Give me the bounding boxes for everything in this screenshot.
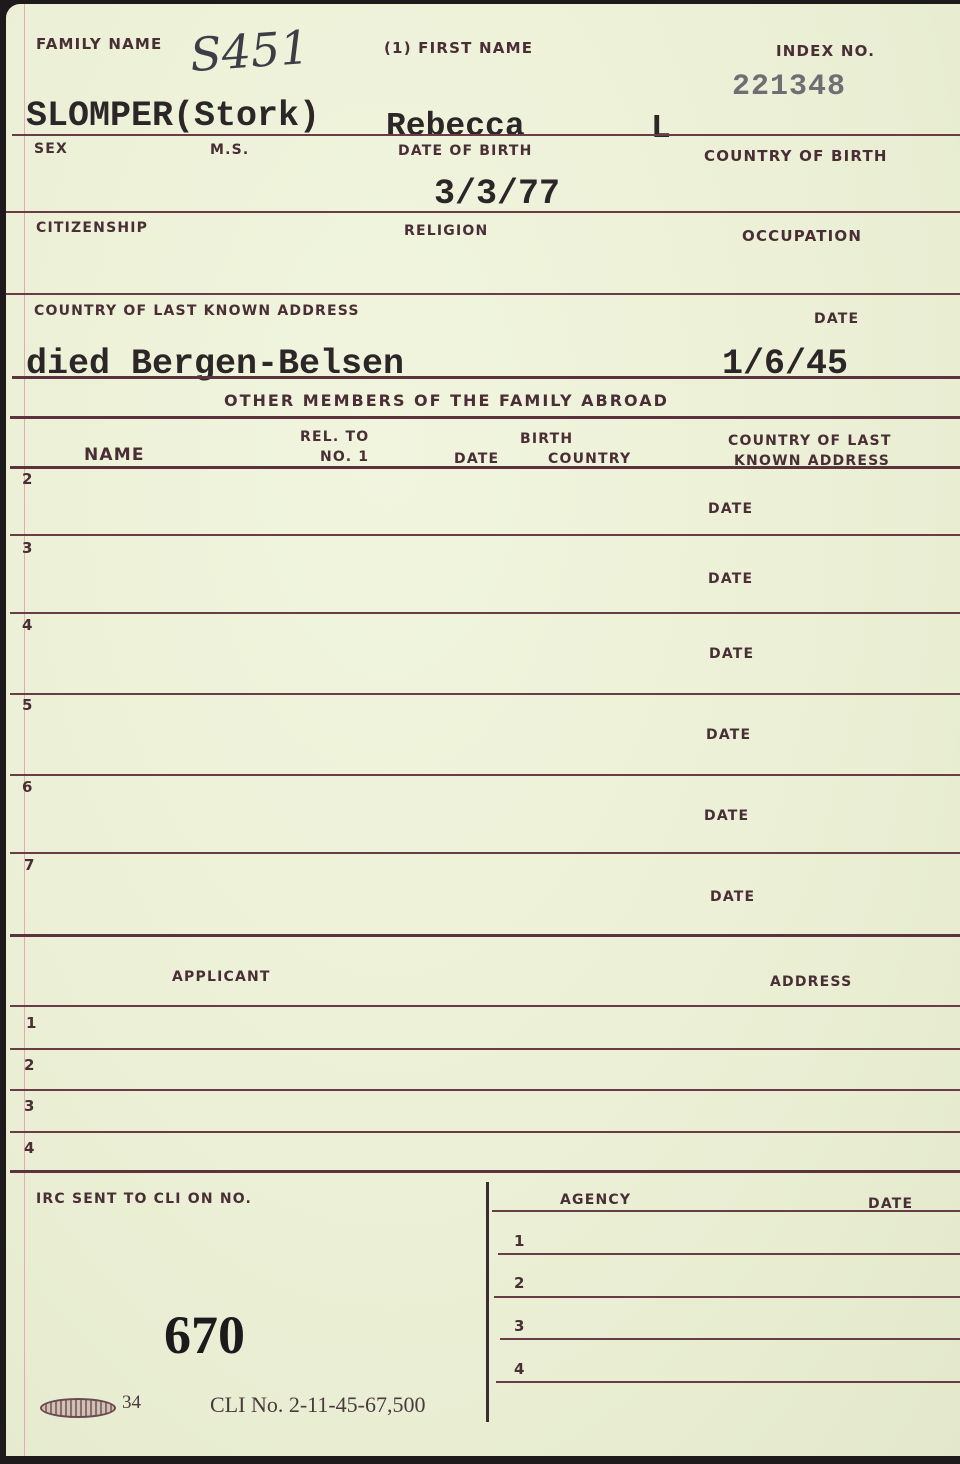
religion-label: RELIGION: [404, 223, 488, 239]
rule-3: [6, 293, 960, 295]
last-address-label: COUNTRY OF LAST KNOWN ADDRESS: [34, 303, 360, 319]
rule-agency-1: [498, 1253, 960, 1255]
col-last-address-label-1: COUNTRY OF LAST: [728, 433, 892, 449]
family-section-title: OTHER MEMBERS OF THE FAMILY ABROAD: [224, 391, 669, 410]
rule-applicant-4: [10, 1170, 960, 1173]
agency-row-1[interactable]: 1: [514, 1232, 524, 1250]
irc-number[interactable]: 670: [164, 1304, 245, 1366]
row-number: 3: [22, 539, 32, 557]
margin-line: [24, 4, 25, 1456]
row-number: 5: [22, 696, 32, 714]
col-birth-date-label: DATE: [454, 451, 499, 467]
rule-agency-4: [496, 1381, 960, 1383]
irc-divider: [486, 1182, 489, 1422]
rule-applicant-3: [10, 1131, 960, 1133]
rule-applicant-2: [10, 1089, 960, 1091]
row-date-label: DATE: [710, 889, 755, 905]
rule-row-4: [10, 693, 960, 695]
row-date-label: DATE: [708, 501, 753, 517]
agency-row-3[interactable]: 3: [514, 1317, 524, 1335]
first-name-value[interactable]: Rebecca: [386, 108, 525, 145]
index-no-value[interactable]: 221348: [732, 70, 846, 104]
rule-applicant-1: [10, 1048, 960, 1050]
rule-applicant-header: [10, 1005, 960, 1007]
row-date-label: DATE: [706, 727, 751, 743]
applicant-row-4[interactable]: 4: [24, 1139, 34, 1157]
form-number: CLI No. 2-11-45-67,500: [210, 1392, 426, 1418]
irc-sent-label: IRC SENT TO CLI ON NO.: [36, 1191, 252, 1207]
applicant-row-3[interactable]: 3: [24, 1097, 34, 1115]
row-date-label: DATE: [708, 571, 753, 587]
address-label: ADDRESS: [770, 974, 852, 990]
date-label: DATE: [814, 311, 859, 327]
rule-row-3: [10, 612, 960, 614]
row-date-label: DATE: [709, 646, 754, 662]
rule-row-2: [10, 534, 960, 536]
col-birth-country-label: COUNTRY: [548, 451, 631, 467]
dob-label: DATE OF BIRTH: [398, 143, 533, 159]
row-number: 2: [22, 470, 32, 488]
dob-value[interactable]: 3/3/77: [434, 174, 560, 214]
col-name-label: NAME: [84, 445, 145, 465]
family-name-value[interactable]: SLOMPER(Stork): [26, 96, 320, 136]
row-number: 7: [24, 856, 34, 874]
row-date-label: DATE: [704, 808, 749, 824]
applicant-row-1[interactable]: 1: [26, 1014, 36, 1032]
rule-4: [12, 376, 960, 379]
rule-agency-3: [500, 1338, 960, 1340]
index-no-label: INDEX NO.: [776, 42, 875, 60]
rule-agency-header: [492, 1210, 960, 1212]
applicant-label: APPLICANT: [172, 969, 271, 985]
sex-label: SEX: [34, 141, 68, 157]
rule-6: [10, 466, 960, 469]
occupation-label: OCCUPATION: [742, 227, 862, 245]
rule-agency-2: [494, 1296, 960, 1298]
col-rel-label-2: NO. 1: [320, 449, 369, 465]
agency-row-4[interactable]: 4: [514, 1360, 524, 1378]
ms-label: M.S.: [210, 142, 249, 158]
rule-2: [6, 211, 960, 213]
first-name-label: (1) FIRST NAME: [384, 39, 533, 57]
rule-1: [12, 134, 960, 136]
union-label-icon: [40, 1398, 116, 1418]
handwritten-code: S451: [188, 20, 311, 82]
row-number: 6: [22, 778, 32, 796]
country-of-birth-label: COUNTRY OF BIRTH: [704, 147, 888, 165]
col-rel-label-1: REL. TO: [300, 429, 369, 445]
col-birth-label: BIRTH: [520, 431, 573, 447]
row-number: 4: [22, 616, 32, 634]
index-card: FAMILY NAME S451 (1) FIRST NAME INDEX NO…: [6, 4, 960, 1456]
middle-initial-value[interactable]: L: [651, 110, 671, 147]
rule-row-7: [10, 934, 960, 937]
union-label-number: 34: [122, 1392, 141, 1414]
citizenship-label: CITIZENSHIP: [36, 220, 148, 236]
agency-label: AGENCY: [560, 1192, 631, 1208]
applicant-row-2[interactable]: 2: [24, 1056, 34, 1074]
rule-row-6: [10, 852, 960, 854]
agency-row-2[interactable]: 2: [514, 1274, 524, 1292]
rule-row-5: [10, 774, 960, 776]
rule-5: [10, 416, 960, 419]
family-name-label: FAMILY NAME: [36, 35, 162, 53]
